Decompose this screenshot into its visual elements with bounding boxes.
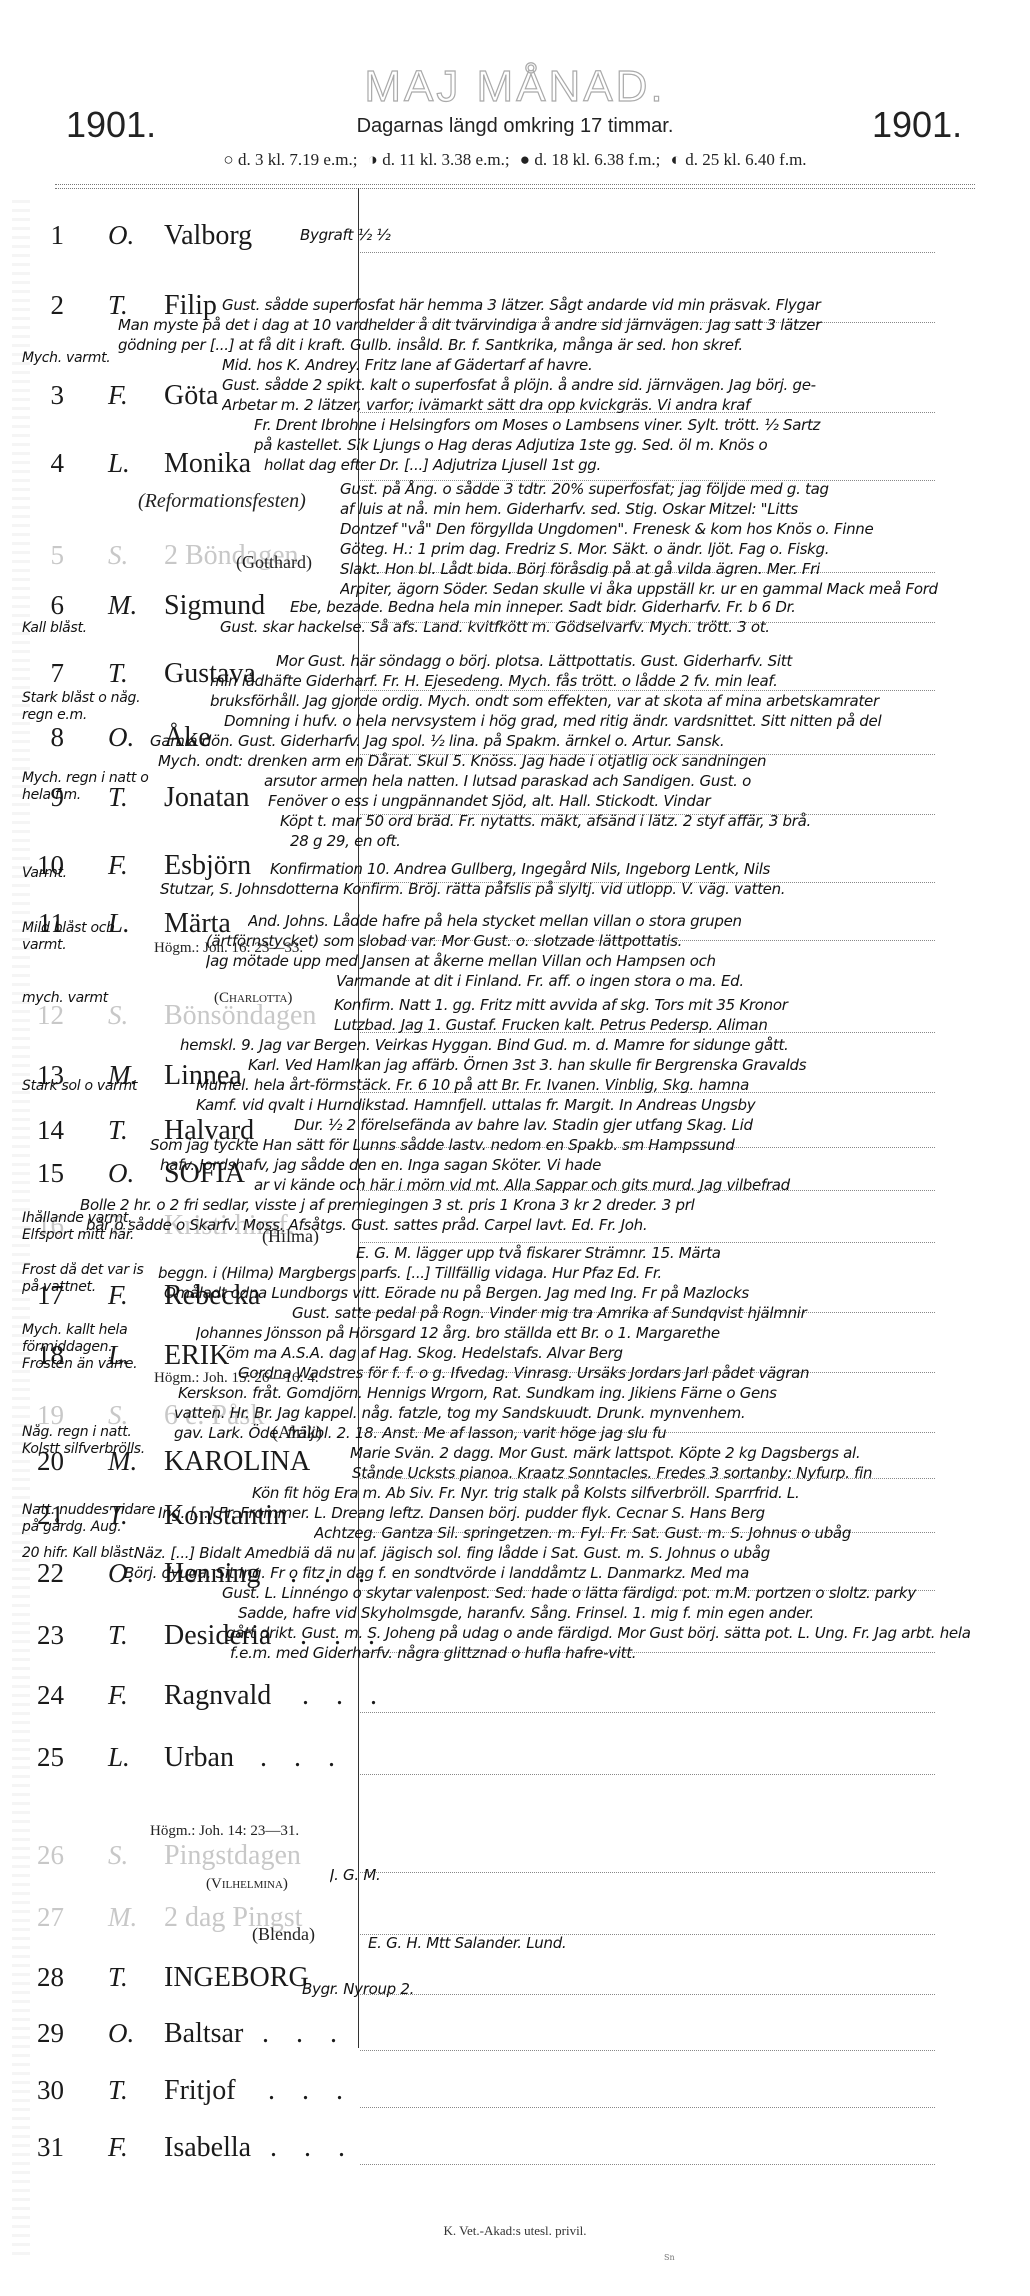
diary-line: Gust. L. Linnéngo o skytar valenpost. Se… [222, 1584, 1010, 1603]
diary-line: Fr. Drent Ibrohne i Helsingfors om Moses… [254, 416, 1010, 435]
dotted-entry-line [360, 252, 935, 253]
moon-phases: ○ d. 3 kl. 7.19 e.m.; ◑ d. 11 kl. 3.38 e… [0, 150, 1030, 170]
day-number: 15 [0, 1158, 64, 1189]
day-length-caption: Dagarnas längd omkring 17 timmar. [0, 115, 1030, 138]
diary-line: af luis at nå. min hem. Giderharfv. sed.… [340, 500, 1010, 519]
margin-note: Frost då det var is på vattnet. [22, 1262, 162, 1296]
diary-line: Som jag tyckte Han sätt för Lunns sådde … [150, 1136, 1010, 1155]
day-row: 29O.Baltsar. . . [0, 2018, 1030, 2058]
weekday-letter: M. [108, 590, 137, 621]
diary-line: Gust. på Ång. o sådde 3 tdtr. 20% superf… [340, 480, 1010, 499]
margin-note: Mych. regn i natt o hela f.m. [22, 770, 162, 804]
margin-note: Ihållande varmt. Elfsport mitt här. [22, 1210, 162, 1244]
diary-line: Kerskson. fråt. Gomdjörn. Hennigs Wrgorn… [178, 1384, 1010, 1403]
diary-line: Dur. ½ 2 förelsefända av bahre lav. Stad… [294, 1116, 1010, 1135]
diary-line: Gamla dön. Gust. Giderharfv. Jag spol. ½… [150, 732, 1010, 751]
day-number: 14 [0, 1115, 64, 1146]
privilege-footer: K. Vet.-Akad:s utesl. privil. [0, 2223, 1030, 2239]
diary-line: Bygr. Nyroup 2. [302, 1980, 1010, 1999]
dotted-entry-line [360, 1242, 935, 1243]
diary-line: J. G. M. [330, 1866, 1010, 1885]
diary-line: Kön fit hög Era m. Ab Siv. Fr. Nyr. trig… [252, 1484, 1010, 1503]
dotted-entry-line [360, 2050, 935, 2051]
diary-line: på kastellet. Sik Ljungs o Hag deras Adj… [254, 436, 1010, 455]
name-day: Monika [164, 448, 251, 480]
dotted-entry-line [360, 1712, 935, 1713]
margin-note: mych. varmt [22, 990, 162, 1007]
weekday-letter: L. [108, 1742, 130, 1773]
leader-dots: . . . [302, 1680, 387, 1712]
day-number: 29 [0, 2018, 64, 2049]
feast-note: (Reformationsfesten) [138, 490, 306, 513]
name-day: Jonatan [164, 782, 250, 814]
weekday-letter: T. [108, 1620, 128, 1651]
moon-phase-text: d. 18 kl. 6.38 f.m.; [534, 150, 660, 169]
diary-line: Bolle 2 hr. o 2 fri sedlar, visste j af … [80, 1196, 1010, 1215]
margin-note: Någ. regn i natt. Kolstt silfverbrölls. [22, 1424, 162, 1458]
diary-line: Dontzef "vå" Den förgyllda Ungdomen". Fr… [340, 520, 1010, 539]
diary-line: hafv. Jordshafv, jag sådde den en. Inga … [160, 1156, 1010, 1175]
name-day: Pingstdagen [164, 1840, 301, 1872]
diary-line: Domning i hufv. o hela nervsystem i hög … [224, 712, 1010, 731]
day-number: 26 [0, 1840, 64, 1871]
diary-line: Fenöver o ess i ungpännandet Sjöd, alt. … [268, 792, 1010, 811]
diary-line: Ing. [...] Fr. Frommer. L. Dreang leftz.… [158, 1504, 1010, 1523]
diary-line: Lutzbad. Jag 1. Gustaf. Frucken kalt. Pe… [334, 1016, 1010, 1035]
day-number: 1 [0, 220, 64, 251]
name-day: ERIK [164, 1340, 229, 1372]
diary-line: ar vi kände och här i mörn vid mt. Alla … [254, 1176, 1010, 1195]
first-quarter-icon: ◐ [671, 150, 681, 169]
moon-phase-text: d. 3 kl. 7.19 e.m.; [238, 150, 357, 169]
day-row: 30T.Fritjof. . . [0, 2075, 1030, 2115]
new-moon-icon: ● [520, 150, 530, 169]
leader-dots: . . . [270, 2132, 355, 2164]
margin-note: Stark sol o varmt [22, 1078, 162, 1095]
full-moon-icon: ○ [223, 150, 233, 169]
diary-line: Mych. ondt: drenken arm en Dårat. Skul 5… [158, 752, 1010, 771]
diary-line: Mor Gust. här söndagg o börj. plotsa. Lä… [276, 652, 1010, 671]
diary-line: gödning per [...] at få dit i kraft. Gul… [118, 336, 1010, 355]
margin-note: Mild blåst och varmt. [22, 920, 162, 954]
margin-note: Stark blåst o någ. regn e.m. [22, 690, 162, 724]
day-number: 30 [0, 2075, 64, 2106]
diary-line: Mid. hos K. Andrey. Fritz lane af Gädert… [222, 356, 1010, 375]
diary-line: Slakt. Hon bl. Lådt bida. Börj föråsdig … [340, 560, 1010, 579]
diary-line: E. G. H. Mtt Salander. Lund. [368, 1934, 1010, 1953]
weekday-letter: L. [108, 448, 130, 479]
diary-line: Börj. dyuga. Sit Ing. Fr o fitz in dag f… [124, 1564, 1010, 1583]
diary-line: gått drikt. Gust. m. S. Joheng på udag o… [226, 1624, 1010, 1643]
day-row: 24F.Ragnvald. . . [0, 1680, 1030, 1720]
day-number: 7 [0, 658, 64, 689]
diary-line: Näz. [...] Bidalt Amedbiä dä nu af. jägi… [134, 1544, 1010, 1563]
leader-dots: . . . [268, 2075, 353, 2107]
name-day: Urban [164, 1742, 234, 1774]
day-number: 5 [0, 540, 64, 571]
day-row: 31F.Isabella. . . [0, 2132, 1030, 2172]
day-number: 31 [0, 2132, 64, 2163]
day-number: 2 [0, 290, 64, 321]
name-day-note: (Charlotta) [214, 990, 292, 1007]
name-day: Göta [164, 380, 218, 412]
diary-line: Omåladt odna Lundborgs vitt. Eörade nu p… [164, 1284, 1010, 1303]
diary-line: Marie Svän. 2 dagg. Mor Gust. märk latts… [350, 1444, 1010, 1463]
name-day: KAROLINA [164, 1446, 310, 1478]
diary-line: Arpiter, ägorn Söder. Sedan skulle vi åk… [340, 580, 1010, 599]
day-number: 24 [0, 1680, 64, 1711]
margin-note: Mych. varmt. [22, 350, 162, 367]
weekday-letter: T. [108, 2075, 128, 2106]
diary-line: Gust. satte pedal på Rogn. Vinder mig tr… [292, 1304, 1010, 1323]
diary-line: Bygraft ½ ½ [300, 226, 1010, 245]
diary-line: Konfirm. Natt 1. gg. Fritz mitt avvida a… [334, 996, 1010, 1015]
dotted-entry-line [360, 2107, 935, 2108]
diary-line: Mumel. hela årt-förmstäck. Fr. 6 10 på a… [196, 1076, 1010, 1095]
margin-note: Varmt. [22, 865, 162, 882]
day-number: 22 [0, 1558, 64, 1589]
diary-line: Stutzar, S. Johnsdotterna Konfirm. Bröj.… [160, 880, 1010, 899]
diary-line: Sadde, hafre vid Skyholmsgde, haranfv. S… [238, 1604, 1010, 1623]
margin-note: Mych. kallt hela förmiddagen. Frosten än… [22, 1322, 162, 1373]
name-day-note: (Gotthard) [236, 552, 312, 573]
diary-line: Gordna Wadstres för f. f. o g. Ifvedag. … [238, 1364, 1010, 1383]
diary-line: hollat dag efter Dr. [...] Adjutriza Lju… [264, 456, 1010, 475]
day-number: 25 [0, 1742, 64, 1773]
name-day: Baltsar [164, 2018, 243, 2050]
name-day: Valborg [164, 220, 252, 252]
day-row: 25L.Urban. . . [0, 1742, 1030, 1782]
day-number: 23 [0, 1620, 64, 1651]
weekday-letter: O. [108, 2018, 134, 2049]
name-day: INGEBORG [164, 1962, 309, 1994]
header-separator [55, 184, 975, 189]
weekday-letter: F. [108, 1680, 128, 1711]
weekday-letter: O. [108, 1158, 134, 1189]
weekday-letter: F. [108, 380, 128, 411]
diary-line: Arbetar m. 2 lätzer, varfor; ivämarkt sä… [222, 396, 1010, 415]
diary-line: Johannes Jönsson på Hörsgard 12 årg. bro… [196, 1324, 1010, 1343]
sermon-reference: Högm.: Joh. 14: 23—31. [150, 1823, 299, 1840]
diary-line: f.e.m. med Giderharfv. några glittznad o… [230, 1644, 1010, 1663]
diary-line: Jag mötade upp med Jansen at åkerne mell… [206, 952, 1010, 971]
diary-line: Karl. Ved Hamlkan jag affärb. Örnen 3st … [248, 1056, 1010, 1075]
diary-line: 28 g 29, en oft. [290, 832, 1010, 851]
diary-line: Kamf. vid qvalt i Hurndikstad. Hamnfjell… [196, 1096, 1010, 1115]
weekday-letter: T. [108, 1962, 128, 1993]
diary-line: Gust. skar hackelse. Så afs. Land. kvitf… [220, 618, 1010, 637]
leader-dots: . . . [260, 1742, 345, 1774]
last-quarter-icon: ◑ [368, 150, 378, 169]
day-number: 4 [0, 448, 64, 479]
moon-phase-text: d. 11 kl. 3.38 e.m.; [382, 150, 509, 169]
weekday-letter: O. [108, 722, 134, 753]
diary-line: Man myste på det i dag at 10 vardhelder … [118, 316, 1010, 335]
diary-line: Varmande at dit i Finland. Fr. aff. o in… [336, 972, 1010, 991]
day-number: 6 [0, 590, 64, 621]
diary-line: hemskl. 9. Jag var Bergen. Veirkas Hygga… [180, 1036, 1010, 1055]
dotted-entry-line [360, 1774, 935, 1775]
weekday-letter: O. [108, 220, 134, 251]
weekday-letter: S. [108, 540, 128, 571]
name-day: Fritjof [164, 2075, 236, 2107]
diary-line: Köpt t. mar 50 ord bräd. Fr. nytatts. mä… [280, 812, 1010, 831]
diary-line: Gust. sådde 2 spikt. kalt o superfosfat … [222, 376, 1010, 395]
diary-line: min lådhäfte Giderharf. Fr. H. Ejesedeng… [210, 672, 1010, 691]
diary-line: E. G. M. lägger upp två fiskarer Strämnr… [356, 1244, 1010, 1263]
name-day-note: (Blenda) [252, 1924, 315, 1945]
diary-line: bruksförhåll. Jag gjorde ordig. Mych. on… [210, 692, 1010, 711]
diary-line: bär o sådde o Skarfv. Moss. Afsåtgs. Gus… [86, 1216, 1010, 1235]
margin-note: Kall blåst. [22, 620, 162, 637]
weekday-letter: T. [108, 1115, 128, 1146]
diary-line: arsutor armen hela natten. I lutsad para… [264, 772, 1010, 791]
name-day: Esbjörn [164, 850, 251, 882]
day-number: 8 [0, 722, 64, 753]
day-number: 3 [0, 380, 64, 411]
diary-line: (ärtförnstycket) som slobad var. Mor Gus… [206, 932, 1010, 951]
diary-line: beggn. i (Hilma) Margbergs parfs. [...] … [158, 1264, 1010, 1283]
diary-line: Gust. sådde superfosfat här hemma 3 lätz… [222, 296, 1010, 315]
day-number: 27 [0, 1902, 64, 1933]
margin-note: Natt. nuddes vidare på gårdg. Aug. [22, 1502, 162, 1536]
name-day-note: (Vilhelmina) [206, 1876, 288, 1893]
moon-phase-text: d. 25 kl. 6.40 f.m. [685, 150, 806, 169]
page-mark: Sn [664, 2253, 675, 2262]
diary-line: And. Johns. Lådde hafre på hela stycket … [248, 912, 1010, 931]
margin-note: 20 hifr. Kall blåst. [22, 1545, 162, 1562]
diary-line: Göteg. H.: 1 prim dag. Fredriz S. Mor. S… [340, 540, 1010, 559]
diary-line: Konfirmation 10. Andrea Gullberg, Ingegå… [270, 860, 1010, 879]
diary-line: Achtzeg. Gantza Sil. springetzen. m. Fyl… [314, 1524, 1010, 1543]
diary-line: vatten. Hr. Br. Jag kappel. någ. fatzle,… [174, 1404, 1010, 1423]
weekday-letter: T. [108, 658, 128, 689]
weekday-letter: S. [108, 1840, 128, 1871]
name-day: Ragnvald [164, 1680, 271, 1712]
diary-line: gav. Lark. Öde. fräljbl. 2. 18. Anst. Me… [174, 1424, 1010, 1443]
name-day: Isabella [164, 2132, 251, 2164]
weekday-letter: F. [108, 2132, 128, 2163]
dotted-entry-line [360, 2164, 935, 2165]
leader-dots: . . . [262, 2018, 347, 2050]
weekday-letter: M. [108, 1902, 137, 1933]
diary-line: Stånde Ucksts pianoa. Kraatz Sonntacles.… [352, 1464, 1010, 1483]
diary-line: Ebe, bezade. Bedna hela min inneper. Sad… [290, 598, 1010, 617]
diary-line: öm ma A.S.A. dag af Hag. Skog. Hedelstaf… [226, 1344, 1010, 1363]
day-number: 28 [0, 1962, 64, 1993]
